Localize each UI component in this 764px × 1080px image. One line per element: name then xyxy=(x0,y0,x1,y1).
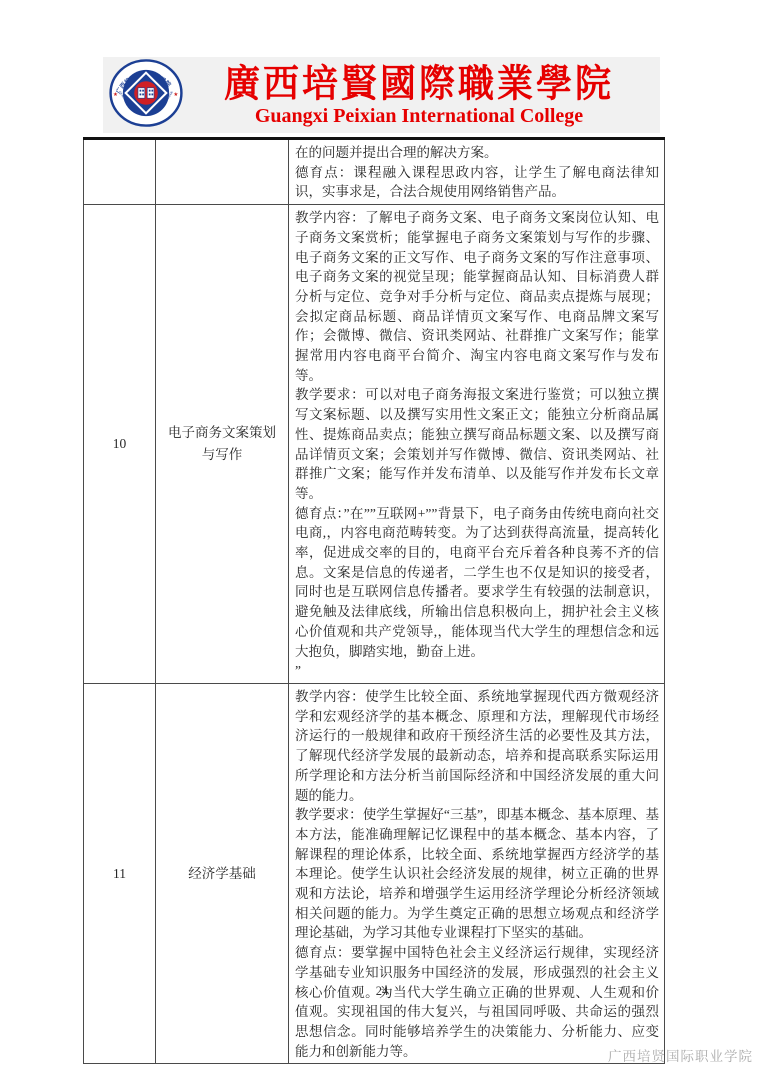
logo-star-left: ★ xyxy=(113,90,118,97)
cell-course-description: 教学内容：了解电子商务文案、电子商务文案岗位认知、电子商务文案赏析；能掌握电子商… xyxy=(289,205,665,684)
college-title-zh: 廣西培賢國際職業學院 xyxy=(184,63,654,105)
footer-watermark: 广西培贤国际职业学院 xyxy=(608,1045,753,1065)
cell-course-name: 电子商务文案策划与写作 xyxy=(156,205,289,684)
paragraph-teaching-content: 教学内容：使学生比较全面、系统地掌握现代西方微观经济学和宏观经济学的基本概念、原… xyxy=(295,687,659,805)
table-row-11: 11 经济学基础 教学内容：使学生比较全面、系统地掌握现代西方微观经济学和宏观经… xyxy=(84,683,665,1063)
cell-course-description: 在的问题并提出合理的解决方案。 德育点：课程融入课程思政内容，让学生了解电商法律… xyxy=(289,139,665,205)
page-number: 24 xyxy=(0,984,764,999)
table-row-continuation: 在的问题并提出合理的解决方案。 德育点：课程融入课程思政内容，让学生了解电商法律… xyxy=(84,139,665,205)
paragraph: 德育点：课程融入课程思政内容，让学生了解电商法律知识，实事求是，合法合规使用网络… xyxy=(295,163,659,202)
cell-row-no: 11 xyxy=(84,683,156,1063)
paragraph-moral-education: 德育点：要掌握中国特色社会主义经济运行规律，实现经济学基础专业知识服务中国经济的… xyxy=(295,943,659,1061)
paragraph-closing-quote: ” xyxy=(295,661,659,681)
paragraph-moral-education: 德育点：”在””互联网+””背景下，电子商务由传统电商向社交电商,，内容电商范畴… xyxy=(295,504,659,662)
document-page: 广西培贤国际职业学院 GUANGXI PEIXIAN INTERNATIONAL… xyxy=(0,0,764,1080)
table-row-10: 10 电子商务文案策划与写作 教学内容：了解电子商务文案、电子商务文案岗位认知、… xyxy=(84,205,665,684)
college-logo: 广西培贤国际职业学院 GUANGXI PEIXIAN INTERNATIONAL… xyxy=(108,59,184,132)
logo-star-right: ★ xyxy=(173,90,178,97)
course-outline-table: 在的问题并提出合理的解决方案。 德育点：课程融入课程思政内容，让学生了解电商法律… xyxy=(83,137,665,1064)
paragraph-teaching-content: 教学内容：了解电子商务文案、电子商务文案岗位认知、电子商务文案赏析；能掌握电子商… xyxy=(295,208,659,385)
paragraph-teaching-requirements: 教学要求：使学生掌握好“三基”，即基本概念、基本原理、基本方法，能准确理解记忆课… xyxy=(295,805,659,943)
cell-course-name xyxy=(156,139,289,205)
cell-row-no: 10 xyxy=(84,205,156,684)
paragraph-teaching-requirements: 教学要求：可以对电子商务海报文案进行鉴赏；可以独立撰写文案标题、以及撰写实用性文… xyxy=(295,385,659,503)
cell-row-no xyxy=(84,139,156,205)
college-logo-icon: 广西培贤国际职业学院 GUANGXI PEIXIAN INTERNATIONAL… xyxy=(108,59,184,127)
cell-course-name: 经济学基础 xyxy=(156,683,289,1063)
college-titles: 廣西培賢國際職業學院 Guangxi Peixian International… xyxy=(184,64,660,127)
college-title-en: Guangxi Peixian International College xyxy=(184,105,654,127)
cell-course-description: 教学内容：使学生比较全面、系统地掌握现代西方微观经济学和宏观经济学的基本概念、原… xyxy=(289,683,665,1063)
paragraph: 在的问题并提出合理的解决方案。 xyxy=(295,143,659,163)
college-header-banner: 广西培贤国际职业学院 GUANGXI PEIXIAN INTERNATIONAL… xyxy=(103,57,660,133)
